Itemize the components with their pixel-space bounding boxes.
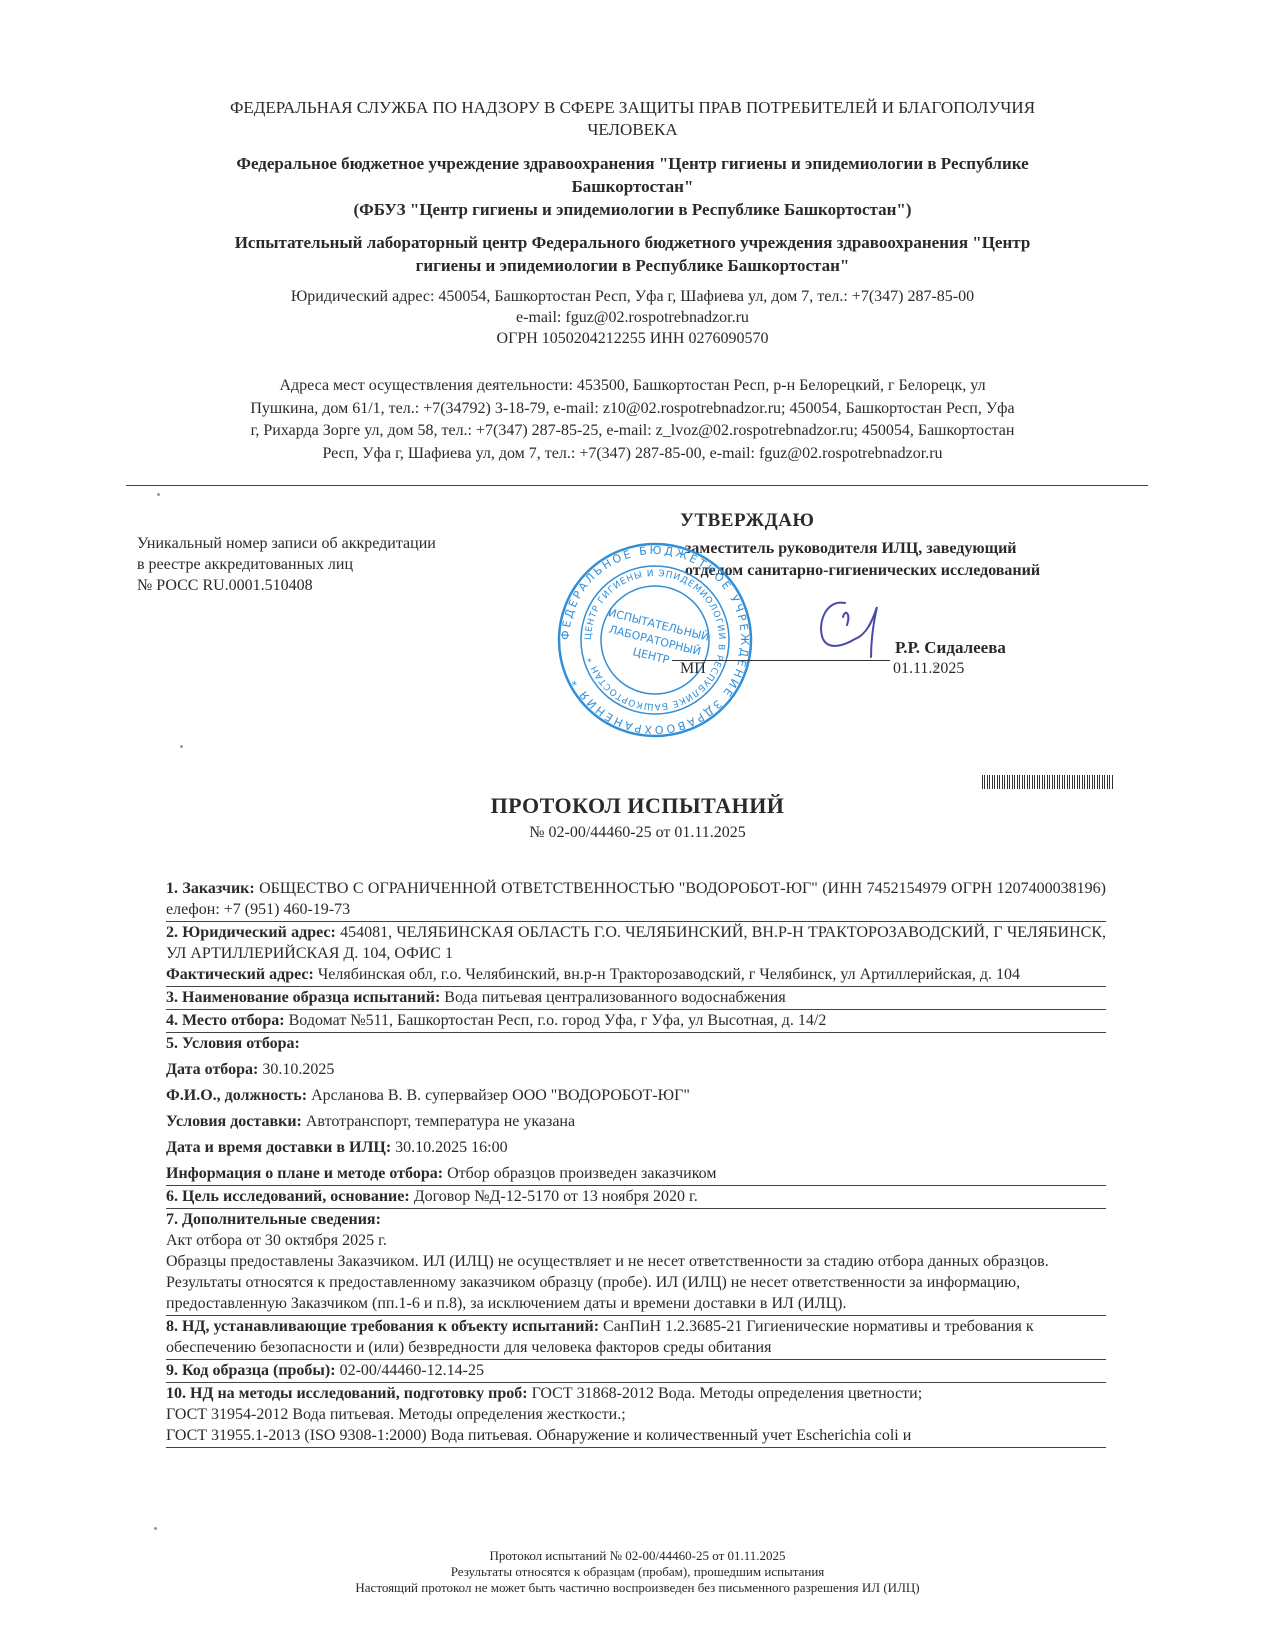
section-legal-address: 2. Юридический адрес: 454081, ЧЕЛЯБИНСКА…	[166, 922, 1106, 987]
section-value: 02-00/44460-12.14-25	[336, 1362, 484, 1379]
org-line-2: Башкортостан"	[150, 175, 1115, 198]
section-requirements: 8. НД, устанавливающие требования к объе…	[166, 1316, 1106, 1360]
protocol-page: ФЕДЕРАЛЬНАЯ СЛУЖБА ПО НАДЗОРУ В СФЕРЕ ЗА…	[0, 0, 1275, 1650]
section-label: 8. НД, устанавливающие требования к объе…	[166, 1318, 599, 1335]
footer-line-2: Результаты относятся к образцам (пробам)…	[0, 1564, 1275, 1580]
agency-line-2: ЧЕЛОВЕКА	[150, 119, 1115, 141]
section-label: 6. Цель исследований, основание:	[166, 1188, 410, 1205]
org-line-1: Федеральное бюджетное учреждение здравоо…	[150, 152, 1115, 175]
section-additional-info: 7. Дополнительные сведения: Акт отбора о…	[166, 1209, 1106, 1316]
org-short-name: (ФБУЗ "Центр гигиены и эпидемиологии в Р…	[150, 198, 1115, 221]
page-footer: Протокол испытаний № 02-00/44460-25 от 0…	[0, 1548, 1275, 1596]
section-value: ГОСТ 31868-2012 Вода. Методы определения…	[528, 1385, 923, 1402]
field-value: Арсланова В. В. супервайзер ООО "ВОДОРОБ…	[307, 1087, 690, 1104]
scan-speck	[154, 1527, 157, 1530]
field-value: Отбор образцов произведен заказчиком	[443, 1165, 716, 1182]
field-label: Условия доставки:	[166, 1113, 302, 1130]
protocol-title: ПРОТОКОЛ ИСПЫТАНИЙ	[0, 793, 1275, 819]
section-value: Вода питьевая централизованного водоснаб…	[440, 989, 785, 1006]
email: e-mail: fguz@02.rospotrebnadzor.ru	[150, 307, 1115, 328]
sites-line-4: Респ, Уфа г, Шафиева ул, дом 7, тел.: +7…	[160, 443, 1105, 466]
section-label: 3. Наименование образца испытаний:	[166, 989, 440, 1006]
field-label: Дата отбора:	[166, 1061, 258, 1078]
header-divider	[126, 485, 1148, 486]
protocol-number: № 02-00/44460-25 от 01.11.2025	[0, 824, 1275, 842]
scan-speck	[180, 745, 183, 748]
field-value: 30.10.2025 16:00	[391, 1139, 507, 1156]
agency-line-1: ФЕДЕРАЛЬНАЯ СЛУЖБА ПО НАДЗОРУ В СФЕРЕ ЗА…	[150, 97, 1115, 119]
section-label: 2. Юридический адрес:	[166, 924, 336, 941]
approver-name: Р.Р. Сидалеева	[895, 638, 1006, 658]
footer-line-3: Настоящий протокол не может быть частичн…	[0, 1580, 1275, 1596]
approval-date: 01.11.2025	[893, 660, 964, 678]
field-label: Ф.И.О., должность:	[166, 1087, 307, 1104]
section-label: 4. Место отбора:	[166, 1012, 285, 1029]
footer-line-1: Протокол испытаний № 02-00/44460-25 от 0…	[0, 1548, 1275, 1564]
sites-line-2: Пушкина, дом 61/1, тел.: +7(34792) 3-18-…	[160, 398, 1105, 421]
legal-address: Юридический адрес: 450054, Башкортостан …	[150, 286, 1115, 307]
accreditation-block: Уникальный номер записи об аккредитации …	[137, 533, 436, 596]
section-value: Договор №Д-12-5170 от 13 ноября 2020 г.	[410, 1188, 698, 1205]
signature-icon	[815, 595, 895, 665]
accreditation-line-2: в реестре аккредитованных лиц	[137, 554, 436, 575]
section-value: ОБЩЕСТВО С ОГРАНИЧЕННОЙ ОТВЕТСТВЕННОСТЬЮ…	[166, 880, 1106, 918]
section-purpose: 6. Цель исследований, основание: Договор…	[166, 1186, 1106, 1209]
barcode-icon	[982, 775, 1114, 789]
sampling-act: Акт отбора от 30 октября 2025 г.	[166, 1230, 1106, 1251]
field-value: 30.10.2025	[258, 1061, 334, 1078]
section-label: 10. НД на методы исследований, подготовк…	[166, 1385, 528, 1402]
laboratory-name: Испытательный лабораторный центр Федерал…	[150, 231, 1115, 277]
sites-line-1: Адреса мест осуществления деятельности: …	[160, 375, 1105, 398]
field-value: Автотранспорт, температура не указана	[302, 1113, 575, 1130]
agency-name: ФЕДЕРАЛЬНАЯ СЛУЖБА ПО НАДЗОРУ В СФЕРЕ ЗА…	[150, 97, 1115, 141]
stamp-icon: ФЕДЕРАЛЬНОЕ БЮДЖЕТНОЕ УЧРЕЖДЕНИЕ ЗДРАВОО…	[555, 540, 755, 740]
section-label: 9. Код образца (пробы):	[166, 1362, 336, 1379]
method-line: ГОСТ 31954-2012 Вода питьевая. Методы оп…	[166, 1404, 1106, 1425]
section-customer: 1. Заказчик: ОБЩЕСТВО С ОГРАНИЧЕННОЙ ОТВ…	[166, 878, 1106, 922]
scan-speck	[934, 665, 937, 668]
accreditation-number: № РОСС RU.0001.510408	[137, 575, 436, 596]
section-value: Челябинская обл, г.о. Челябинский, вн.р-…	[314, 966, 1020, 983]
protocol-sections: 1. Заказчик: ОБЩЕСТВО С ОГРАНИЧЕННОЙ ОТВ…	[166, 878, 1106, 1448]
activity-addresses: Адреса мест осуществления деятельности: …	[160, 375, 1105, 465]
section-label: 7. Дополнительные сведения:	[166, 1211, 381, 1228]
section-label: 1. Заказчик:	[166, 880, 255, 897]
section-value: Водомат №511, Башкортостан Респ, г.о. го…	[285, 1012, 827, 1029]
lab-line-2: гигиены и эпидемиологии в Республике Баш…	[150, 254, 1115, 277]
lab-line-1: Испытательный лабораторный центр Федерал…	[150, 231, 1115, 254]
approval-heading: УТВЕРЖДАЮ	[680, 510, 814, 531]
section-sample-code: 9. Код образца (пробы): 02-00/44460-12.1…	[166, 1360, 1106, 1383]
scan-speck	[157, 493, 160, 496]
seal-place-label: МП	[680, 660, 706, 678]
legal-details: Юридический адрес: 450054, Башкортостан …	[150, 286, 1115, 349]
approval-title: УТВЕРЖДАЮ	[680, 510, 814, 532]
section-sampling-place: 4. Место отбора: Водомат №511, Башкортос…	[166, 1010, 1106, 1033]
section-methods: 10. НД на методы исследований, подготовк…	[166, 1383, 1106, 1448]
organization-name: Федеральное бюджетное учреждение здравоо…	[150, 152, 1115, 221]
ogrn-inn: ОГРН 1050204212255 ИНН 0276090570	[150, 328, 1115, 349]
field-label: Информация о плане и методе отбора:	[166, 1165, 443, 1182]
section-sample-name: 3. Наименование образца испытаний: Вода …	[166, 987, 1106, 1010]
accreditation-line-1: Уникальный номер записи об аккредитации	[137, 533, 436, 554]
method-line: ГОСТ 31955.1-2013 (ISO 9308-1:2000) Вода…	[166, 1425, 1106, 1446]
disclaimer-text: Образцы предоставлены Заказчиком. ИЛ (ИЛ…	[166, 1251, 1106, 1314]
section-label: 5. Условия отбора:	[166, 1035, 300, 1052]
section-sampling-conditions: 5. Условия отбора: Дата отбора: 30.10.20…	[166, 1033, 1106, 1186]
section-label: Фактический адрес:	[166, 966, 314, 983]
sites-line-3: г, Рихарда Зорге ул, дом 58, тел.: +7(34…	[160, 420, 1105, 443]
field-label: Дата и время доставки в ИЛЦ:	[166, 1139, 391, 1156]
